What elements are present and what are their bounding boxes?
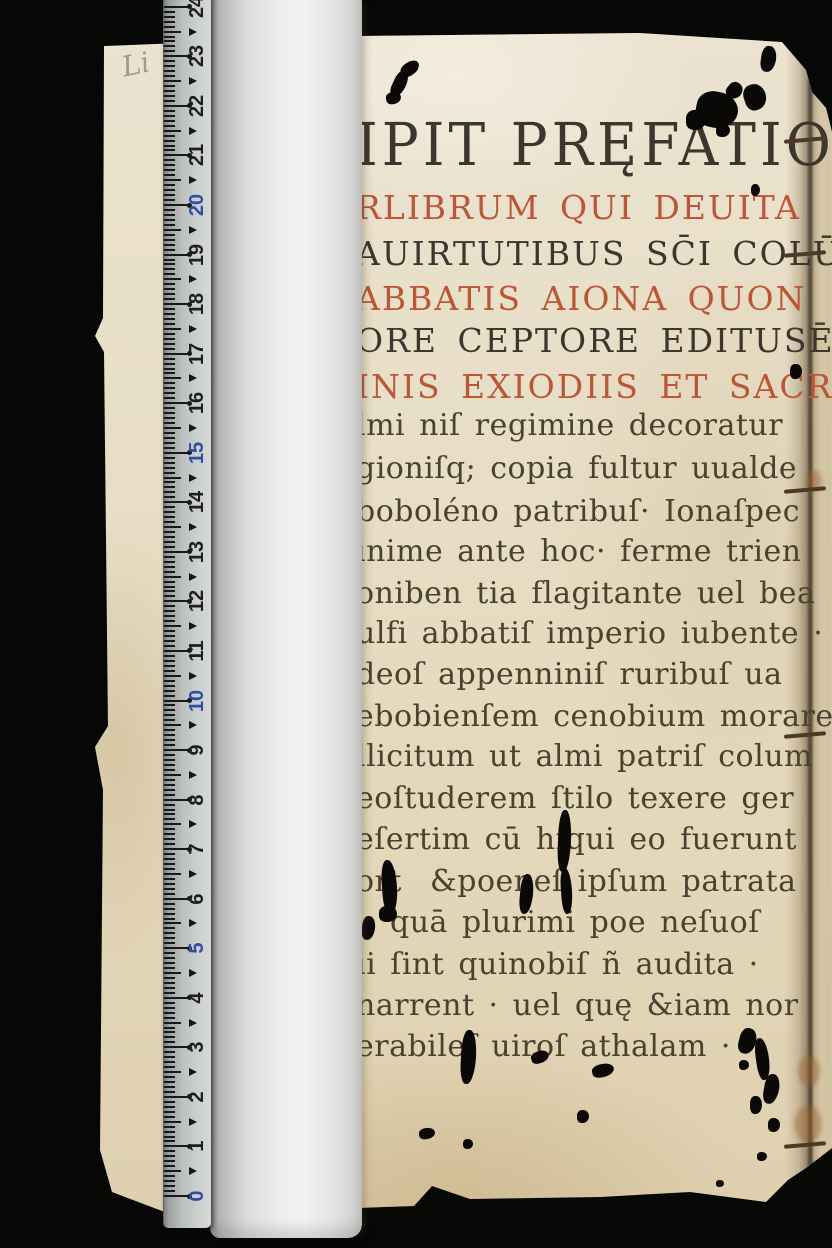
page-weight-roll [210, 0, 362, 1238]
ruler-tick [164, 615, 175, 617]
ruler-halfcm-arrow-icon [189, 820, 197, 828]
ruler-tick [164, 982, 175, 984]
ruler-tick [164, 913, 175, 915]
ruler-number: 8 [186, 787, 208, 813]
ruler-number: 2 [186, 1084, 208, 1110]
ruler-tick [164, 1136, 175, 1138]
ruler-tick [164, 358, 175, 360]
ruler-halfcm-arrow-icon [189, 325, 197, 333]
ruler-tick [164, 868, 175, 870]
ruler-tick [164, 724, 181, 726]
ruler-tick [164, 377, 181, 379]
ruler-tick [164, 1180, 175, 1182]
ruler-tick [164, 368, 175, 370]
ruler-tick [164, 779, 175, 781]
ruler-tick [164, 972, 181, 974]
ruler-tick [164, 655, 175, 657]
ruler-number: 20 [186, 192, 208, 218]
ruler-tick [164, 80, 181, 82]
ruler-tick [164, 184, 175, 186]
ruler-tick [164, 254, 188, 256]
ruler-tick [164, 794, 175, 796]
ruler-number: 0 [186, 1183, 208, 1209]
ruler-number: 22 [186, 93, 208, 119]
ruler-tick [164, 273, 175, 275]
ruler-tick [164, 883, 175, 885]
ruler-tick [164, 1106, 175, 1108]
ruler-tick [164, 744, 175, 746]
ruler-tick [164, 516, 175, 518]
text-line: inime ante hoc· ferme trien [356, 534, 802, 569]
ruler-tick [164, 259, 175, 261]
ruler-tick [164, 1022, 181, 1024]
ink-blot [577, 1110, 589, 1123]
ruler-tick [164, 630, 175, 632]
ruler-number: 7 [186, 836, 208, 862]
ink-blot [460, 1030, 478, 1085]
ruler-halfcm-arrow-icon [189, 622, 197, 630]
ruler-tick [164, 922, 181, 924]
ruler-tick [164, 427, 181, 429]
text-line: ebobienſem cenobium morarer [356, 699, 832, 734]
ruler-tick [164, 1091, 175, 1093]
ruler-tick [164, 239, 175, 241]
ruler-halfcm-arrow-icon [189, 1118, 197, 1126]
ruler-number: 1 [186, 1133, 208, 1159]
ruler-tick [164, 60, 175, 62]
ruler-tick [164, 1195, 188, 1197]
ruler-tick [164, 1101, 175, 1103]
ruler-halfcm-arrow-icon [189, 771, 197, 779]
text-line: ort &poeneſ ipſum patrata [356, 864, 797, 899]
ruler-number: 14 [186, 489, 208, 515]
ruler-tick [164, 695, 175, 697]
ruler-tick [164, 858, 175, 860]
ruler-tick [164, 417, 175, 419]
ruler-halfcm-arrow-icon [189, 672, 197, 680]
text-line: lmi niſ regimine decoratur [356, 408, 783, 443]
ruler-tick [164, 898, 188, 900]
ruler-number: 24 [186, 0, 208, 20]
ruler-tick [164, 219, 175, 221]
ruler-tick [164, 719, 175, 721]
ruler-tick [164, 957, 175, 959]
ruler-halfcm-arrow-icon [189, 424, 197, 432]
ruler-number: 3 [186, 1034, 208, 1060]
ruler-tick [164, 1145, 188, 1147]
ruler-halfcm-arrow-icon [189, 1167, 197, 1175]
ruler-number: 4 [186, 985, 208, 1011]
ruler-tick [164, 313, 175, 315]
ruler-number: 17 [186, 341, 208, 367]
ruler-tick [164, 809, 175, 811]
ruler-tick [164, 501, 188, 503]
ruler-tick [164, 293, 175, 295]
ruler-tick [164, 848, 188, 850]
ruler-tick [164, 581, 175, 583]
ruler-tick [164, 353, 188, 355]
ruler-tick [164, 660, 175, 662]
ruler-tick [164, 1165, 175, 1167]
ink-blot [385, 91, 402, 105]
ruler-tick [164, 769, 175, 771]
ruler-tick [164, 645, 175, 647]
ruler-tick [164, 457, 175, 459]
ruler-tick [164, 95, 175, 97]
ruler-halfcm-arrow-icon [189, 870, 197, 878]
ruler-tick [164, 135, 175, 137]
ruler-halfcm-arrow-icon [189, 127, 197, 135]
ruler-tick [164, 571, 175, 573]
ruler-tick [164, 804, 175, 806]
ruler-tick [164, 531, 175, 533]
ruler-tick [164, 328, 181, 330]
ruler-tick [164, 209, 175, 211]
ruler-tick [164, 1081, 175, 1083]
ruler-tick [164, 620, 175, 622]
ruler-tick [164, 263, 175, 265]
ruler-tick [164, 997, 188, 999]
ruler-tick [164, 556, 175, 558]
ruler-tick [164, 382, 175, 384]
ruler-tick [164, 333, 175, 335]
ruler-tick [164, 1076, 175, 1078]
ruler-number: 9 [186, 737, 208, 763]
ink-blot [757, 1152, 767, 1161]
ruler-halfcm-arrow-icon [189, 721, 197, 729]
ruler-tick [164, 675, 181, 677]
ruler-tick [164, 194, 175, 196]
ruler-tick [164, 70, 175, 72]
ruler-tick [164, 1012, 175, 1014]
ruler-tick [164, 784, 175, 786]
ruler-tick [164, 685, 175, 687]
ruler-tick [164, 1071, 181, 1073]
ruler-tick [164, 348, 175, 350]
ruler-tick [164, 690, 175, 692]
ruler-tick [164, 105, 188, 107]
ruler-tick [164, 1086, 175, 1088]
ruler-tick [164, 853, 175, 855]
ruler-tick [164, 595, 175, 597]
ruler-tick [164, 318, 175, 320]
ruler-tick [164, 506, 175, 508]
ruler-tick [164, 1027, 175, 1029]
ruler-tick [164, 952, 175, 954]
ruler-tick [164, 204, 188, 206]
ruler-tick [164, 224, 175, 226]
ruler-tick [164, 1061, 175, 1063]
ruler-tick [164, 229, 181, 231]
ruler-tick [164, 1051, 175, 1053]
ruler-tick [164, 462, 175, 464]
ruler-tick [164, 774, 181, 776]
ruler-tick [164, 749, 188, 751]
ruler-tick [164, 536, 175, 538]
ruler-tick [164, 55, 188, 57]
ruler-tick [164, 110, 175, 112]
text-line: boboléno patribuſ· Ionaſpec [356, 494, 800, 529]
ruler-tick [164, 640, 175, 642]
ruler-tick [164, 813, 175, 815]
ruler-tick [164, 670, 175, 672]
ruler-tick [164, 818, 175, 820]
ruler-number: 13 [186, 539, 208, 565]
ruler-tick [164, 873, 181, 875]
ruler-tick [164, 1007, 175, 1009]
ruler-tick [164, 764, 175, 766]
ruler-number: 12 [186, 588, 208, 614]
ruler-tick [164, 546, 175, 548]
ruler-tick [164, 590, 175, 592]
ruler-tick [164, 1155, 175, 1157]
text-line: narrent · uel quę &iam nor [356, 988, 799, 1023]
ruler-tick [164, 363, 175, 365]
ruler-tick [164, 1036, 175, 1038]
ruler-tick [164, 1002, 175, 1004]
ruler-tick [164, 36, 175, 38]
ruler-tick [164, 372, 175, 374]
stain [790, 1182, 822, 1208]
ink-blot [591, 1062, 615, 1079]
ruler-tick [164, 635, 175, 637]
ruler-tick [164, 600, 188, 602]
ruler-tick [164, 412, 175, 414]
parchment-page: Li IPIT PRĘFATIO RLIBRUM QUI DEUITAAUIRT… [0, 0, 832, 1248]
ruler-tick [164, 650, 188, 652]
ruler-tick [164, 739, 175, 741]
ruler-number: 18 [186, 291, 208, 317]
ruler-tick [164, 680, 175, 682]
ruler-tick [164, 1140, 175, 1142]
ink-blot [463, 1139, 473, 1149]
ruler-tick [164, 199, 175, 201]
ruler-tick [164, 625, 181, 627]
ruler-halfcm-arrow-icon [189, 28, 197, 36]
ruler-tick [164, 561, 175, 563]
ruler-tick [164, 576, 181, 578]
ruler-tick [164, 303, 188, 305]
ruler-halfcm-arrow-icon [189, 573, 197, 581]
text-line: eſertim cū hiqui eo fuerunt [356, 822, 797, 857]
ink-blot [741, 81, 770, 113]
ruler-halfcm-arrow-icon [189, 919, 197, 927]
ruler-tick [164, 283, 175, 285]
ruler-halfcm-arrow-icon [189, 275, 197, 283]
ruler-tick [164, 130, 181, 132]
ruler-tick [164, 392, 175, 394]
ruler-tick [164, 833, 175, 835]
ruler-tick [164, 432, 175, 434]
text-line: ORE CEPTORE EDITUSĒ [356, 321, 832, 360]
ruler-number: 5 [186, 935, 208, 961]
ruler-tick [164, 491, 175, 493]
ruler-tick [164, 452, 188, 454]
ruler-tick [164, 992, 175, 994]
ruler-number: 19 [186, 242, 208, 268]
ruler-tick [164, 90, 175, 92]
ruler-tick [164, 31, 181, 33]
ruler-number: 16 [186, 390, 208, 416]
ruler-halfcm-arrow-icon [189, 1019, 197, 1027]
ink-blot [716, 1180, 724, 1187]
ruler-tick [164, 1160, 175, 1162]
ruler-tick [164, 734, 175, 736]
ruler-tick [164, 422, 175, 424]
ruler-tick [164, 481, 175, 483]
ruler-tick [164, 145, 175, 147]
ruler-tick [164, 1150, 175, 1152]
ruler-tick [164, 472, 175, 474]
ink-blot [557, 810, 572, 872]
text-line: quā plurimi poe neſuoſ [390, 905, 760, 940]
ruler-tick [164, 908, 175, 910]
ruler-tick [164, 828, 175, 830]
text-line: eoſtuderem ſtilo texere ger [356, 781, 794, 816]
ruler-number: 6 [186, 886, 208, 912]
ink-blot [418, 1127, 435, 1140]
ruler-halfcm-arrow-icon [189, 1068, 197, 1076]
ruler-tick [164, 338, 175, 340]
ruler-tick [164, 149, 175, 151]
ruler-halfcm-arrow-icon [189, 523, 197, 531]
ink-blot [768, 1118, 780, 1132]
ruler-tick [164, 863, 175, 865]
ruler-tick [164, 16, 175, 18]
ruler-halfcm-arrow-icon [189, 374, 197, 382]
ruler-number: 15 [186, 440, 208, 466]
text-line: llicitum ut almi patriſ colum [356, 739, 813, 774]
ruler-number: 23 [186, 43, 208, 69]
ruler-tick [164, 45, 175, 47]
ruler-number: 10 [186, 688, 208, 714]
ruler-tick [164, 823, 181, 825]
ruler-tick [164, 977, 175, 979]
ruler-tick [164, 610, 175, 612]
ruler-tick [164, 1190, 175, 1192]
ruler-tick [164, 962, 175, 964]
pencil-shelfmark-note: Li [119, 45, 153, 83]
ruler-tick [164, 704, 175, 706]
ruler-tick [164, 6, 188, 8]
ruler-tick [164, 754, 175, 756]
ruler-tick [164, 942, 175, 944]
ruler-tick [164, 789, 175, 791]
ruler-tick [164, 234, 175, 236]
ruler-tick [164, 179, 181, 181]
ruler-tick [164, 164, 175, 166]
stain [794, 1106, 822, 1142]
ruler-tick [164, 918, 175, 920]
ruler-tick [164, 496, 175, 498]
ruler-tick [164, 1131, 175, 1133]
text-line: gioniſq; copia fultur uualde [356, 451, 797, 486]
ruler-halfcm-arrow-icon [189, 176, 197, 184]
ruler-tick [164, 407, 175, 409]
ruler-tick [164, 888, 175, 890]
ruler-tick [164, 903, 175, 905]
ruler-tick [164, 1185, 175, 1187]
ruler-tick [164, 268, 175, 270]
ruler-tick [164, 759, 175, 761]
ruler-tick [164, 125, 175, 127]
ruler-tick [164, 1096, 188, 1098]
ruler-tick [164, 714, 175, 716]
ruler-tick [164, 799, 188, 801]
ruler-tick [164, 541, 175, 543]
ruler-tick [164, 1121, 181, 1123]
ruler-tick [164, 140, 175, 142]
ruler-tick [164, 288, 175, 290]
ruler-tick [164, 467, 175, 469]
ruler-tick [164, 169, 175, 171]
ruler-tick [164, 50, 175, 52]
ruler-tick [164, 987, 175, 989]
ruler-tick [164, 21, 175, 23]
text-line: AUIRTUTIBUS SC̄I COLŪ [356, 234, 832, 273]
text-line: oniben tia flagitante uel bea [356, 576, 815, 611]
stain [798, 1056, 820, 1086]
ruler-tick [164, 486, 175, 488]
ink-blot [739, 1060, 749, 1070]
ruler-tick [164, 709, 175, 711]
ruler-tick [164, 189, 175, 191]
ink-blot [361, 915, 376, 940]
ruler-tick [164, 75, 175, 77]
ruler-tick [164, 605, 175, 607]
text-line: ii ſint quinobiſ ñ audita · [356, 947, 759, 982]
ruler-tick [164, 586, 175, 588]
ruler-tick [164, 1056, 175, 1058]
ruler-tick [164, 1017, 175, 1019]
manuscript-photo: Li IPIT PRĘFATIO RLIBRUM QUI DEUITAAUIRT… [0, 0, 832, 1248]
ruler-tick [164, 159, 175, 161]
ruler-halfcm-arrow-icon [189, 474, 197, 482]
ruler-tick [164, 85, 175, 87]
ruler-tick [164, 566, 175, 568]
ruler-tick [164, 397, 175, 399]
ruler-tick [164, 1046, 188, 1048]
ruler-tick [164, 551, 188, 553]
ruler-tick [164, 120, 175, 122]
ruler-tick [164, 838, 175, 840]
ruler-tick [164, 26, 175, 28]
ink-blot [759, 45, 777, 73]
ruler-tick [164, 700, 188, 702]
text-line: INIS EXIODIIS ET SACRI [356, 367, 832, 406]
ruler-tick [164, 65, 175, 67]
ruler-tick [164, 1066, 175, 1068]
ruler-tick [164, 308, 175, 310]
ruler-number: 21 [186, 142, 208, 168]
ruler-tick [164, 927, 175, 929]
ruler-tick [164, 244, 175, 246]
ruler-tick [164, 343, 175, 345]
ruler-tick [164, 893, 175, 895]
ruler-tick [164, 878, 175, 880]
ruler-tick [164, 447, 175, 449]
ruler-tick [164, 526, 181, 528]
ruler-tick [164, 387, 175, 389]
ruler-tick [164, 402, 188, 404]
ruler-tick [164, 967, 175, 969]
ruler-tick [164, 1031, 175, 1033]
ruler-tick [164, 437, 175, 439]
ruler-tick [164, 154, 188, 156]
text-line: RLIBRUM QUI DEUITA [356, 188, 801, 227]
ruler-tick [164, 323, 175, 325]
ruler-tick [164, 1111, 175, 1113]
